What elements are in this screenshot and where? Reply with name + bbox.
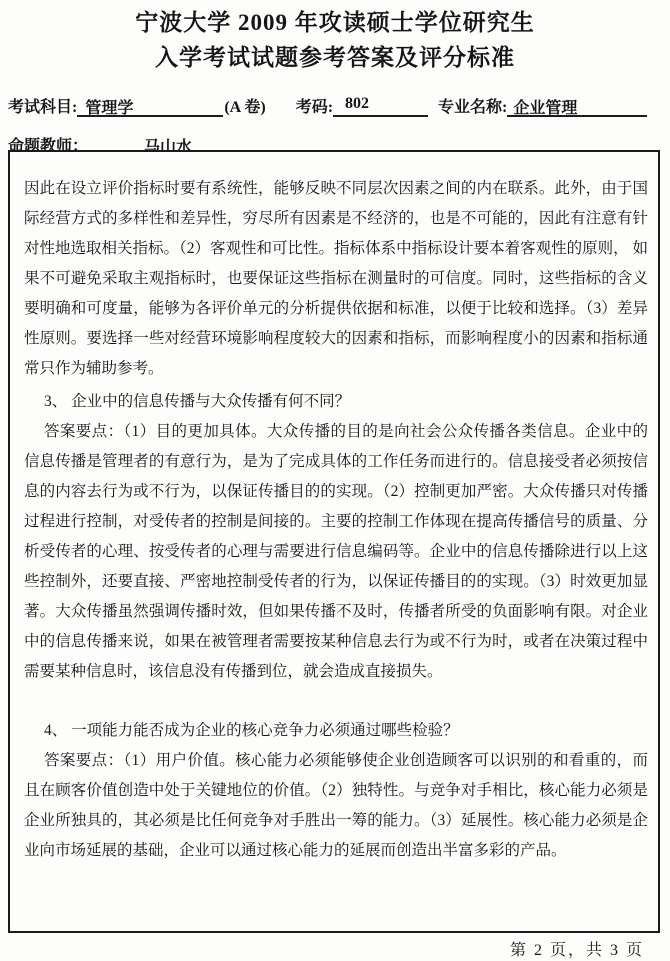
meta-row-1: 考试科目:管理学(A 卷)考码:802专业名称:企业管理 <box>8 94 670 117</box>
answer-3: 答案要点：（1）目的更加具体。大众传播的目的是向社会公众传播各类信息。企业中的信… <box>24 417 648 687</box>
answer-4: 答案要点：（1）用户价值。核心能力必须能够使企业创造顾客可以识别的和看重的，而且… <box>24 746 648 866</box>
subject-label: 考试科目: <box>8 94 77 117</box>
exam-code-value: 802 <box>333 95 428 117</box>
subject-value: 管理学 <box>77 95 223 117</box>
exam-meta-fields: 考试科目:管理学(A 卷)考码:802专业名称:企业管理 命题教师：马山水 <box>0 94 670 156</box>
answer-content-box: 因此在设立评价指标时要有系统性，能够反映不同层次因素之间的内在联系。此外，由于国… <box>8 150 660 933</box>
paragraph-continuation: 因此在设立评价指标时要有系统性，能够反映不同层次因素之间的内在联系。此外，由于国… <box>24 174 648 384</box>
question-4: 4、 一项能力能否成为企业的核心竞争力必须通过哪些检验？ <box>24 716 648 746</box>
major-name-value: 企业管理 <box>507 95 647 117</box>
paper-variant-label: (A 卷) <box>224 94 265 117</box>
page-title-line1: 宁波大学 2009 年攻读硕士学位研究生 <box>0 7 670 39</box>
major-name-label: 专业名称: <box>438 94 507 117</box>
page-title-line2: 入学考试试题参考答案及评分标准 <box>0 42 670 74</box>
document-header: 宁波大学 2009 年攻读硕士学位研究生 入学考试试题参考答案及评分标准 <box>0 0 670 74</box>
exam-answer-sheet-page: 宁波大学 2009 年攻读硕士学位研究生 入学考试试题参考答案及评分标准 考试科… <box>0 0 670 961</box>
question-3: 3、 企业中的信息传播与大众传播有何不同？ <box>24 387 648 417</box>
page-number: 第 2 页，共 3 页 <box>510 937 644 960</box>
exam-code-label: 考码: <box>296 94 333 117</box>
